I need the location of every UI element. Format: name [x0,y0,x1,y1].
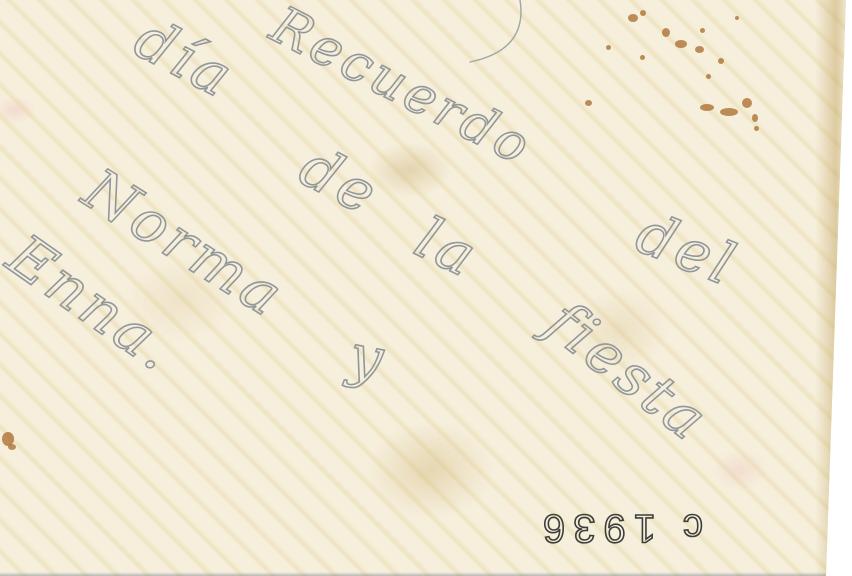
date-note: c 1936 [535,505,703,550]
